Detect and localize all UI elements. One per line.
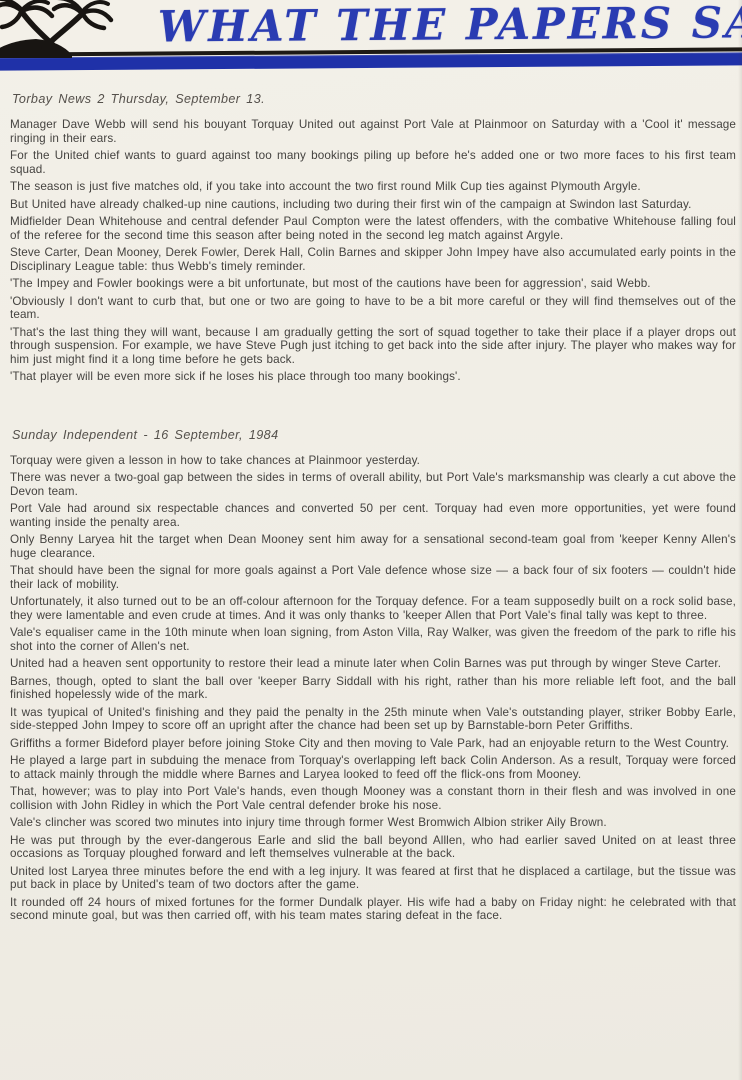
- article-paragraph: That, however; was to play into Port Val…: [10, 785, 736, 812]
- article-source-heading: Sunday Independent - 16 September, 1984: [12, 428, 736, 442]
- article-paragraph: United had a heaven sent opportunity to …: [10, 657, 736, 671]
- article-paragraph: Torquay were given a lesson in how to ta…: [10, 454, 736, 468]
- article-paragraph: Port Vale had around six respectable cha…: [10, 502, 736, 529]
- article-paragraph: 'The Impey and Fowler bookings were a bi…: [10, 277, 736, 291]
- article-paragraph: Vale's equaliser came in the 10th minute…: [10, 626, 736, 653]
- article-paragraph: 'Obviously I don't want to curb that, bu…: [10, 295, 736, 322]
- article-sunday-independent: Sunday Independent - 16 September, 1984 …: [10, 428, 736, 923]
- article-paragraph: He played a large part in subduing the m…: [10, 754, 736, 781]
- article-paragraph: Steve Carter, Dean Mooney, Derek Fowler,…: [10, 246, 736, 273]
- article-paragraph: It rounded off 24 hours of mixed fortune…: [10, 896, 736, 923]
- page-title: WHAT THE PAPERS SAY: [158, 0, 742, 52]
- article-paragraph: 'That's the last thing they will want, b…: [10, 326, 736, 367]
- scan-edge-shadow: [738, 0, 742, 1080]
- articles: Torbay News 2 Thursday, September 13. Ma…: [10, 92, 736, 923]
- article-paragraph: But United have already chalked-up nine …: [10, 198, 736, 212]
- article-paragraph: Only Benny Laryea hit the target when De…: [10, 533, 736, 560]
- article-paragraph: Barnes, though, opted to slant the ball …: [10, 675, 736, 702]
- article-paragraph: It was tyupical of United's finishing an…: [10, 706, 736, 733]
- article-paragraph: There was never a two-goal gap between t…: [10, 471, 736, 498]
- programme-page: WHAT THE PAPERS SAY Torbay News 2 Thursd…: [0, 0, 742, 1080]
- article-paragraph: The season is just five matches old, if …: [10, 180, 736, 194]
- article-source-heading: Torbay News 2 Thursday, September 13.: [12, 92, 736, 106]
- palm-trees-icon: [0, 0, 118, 58]
- article-paragraph: United lost Laryea three minutes before …: [10, 865, 736, 892]
- article-torbay-news: Torbay News 2 Thursday, September 13. Ma…: [10, 92, 736, 384]
- article-paragraph: For the United chief wants to guard agai…: [10, 149, 736, 176]
- article-paragraph: Unfortunately, it also turned out to be …: [10, 595, 736, 622]
- article-paragraph: That should have been the signal for mor…: [10, 564, 736, 591]
- article-paragraph: Griffiths a former Bideford player befor…: [10, 737, 736, 751]
- article-paragraph: 'That player will be even more sick if h…: [10, 370, 736, 384]
- masthead: WHAT THE PAPERS SAY: [0, 0, 742, 82]
- article-paragraph: Midfielder Dean Whitehouse and central d…: [10, 215, 736, 242]
- article-paragraph: Manager Dave Webb will send his bouyant …: [10, 118, 736, 145]
- article-paragraph: He was put through by the ever-dangerous…: [10, 834, 736, 861]
- article-paragraph: Vale's clincher was scored two minutes i…: [10, 816, 736, 830]
